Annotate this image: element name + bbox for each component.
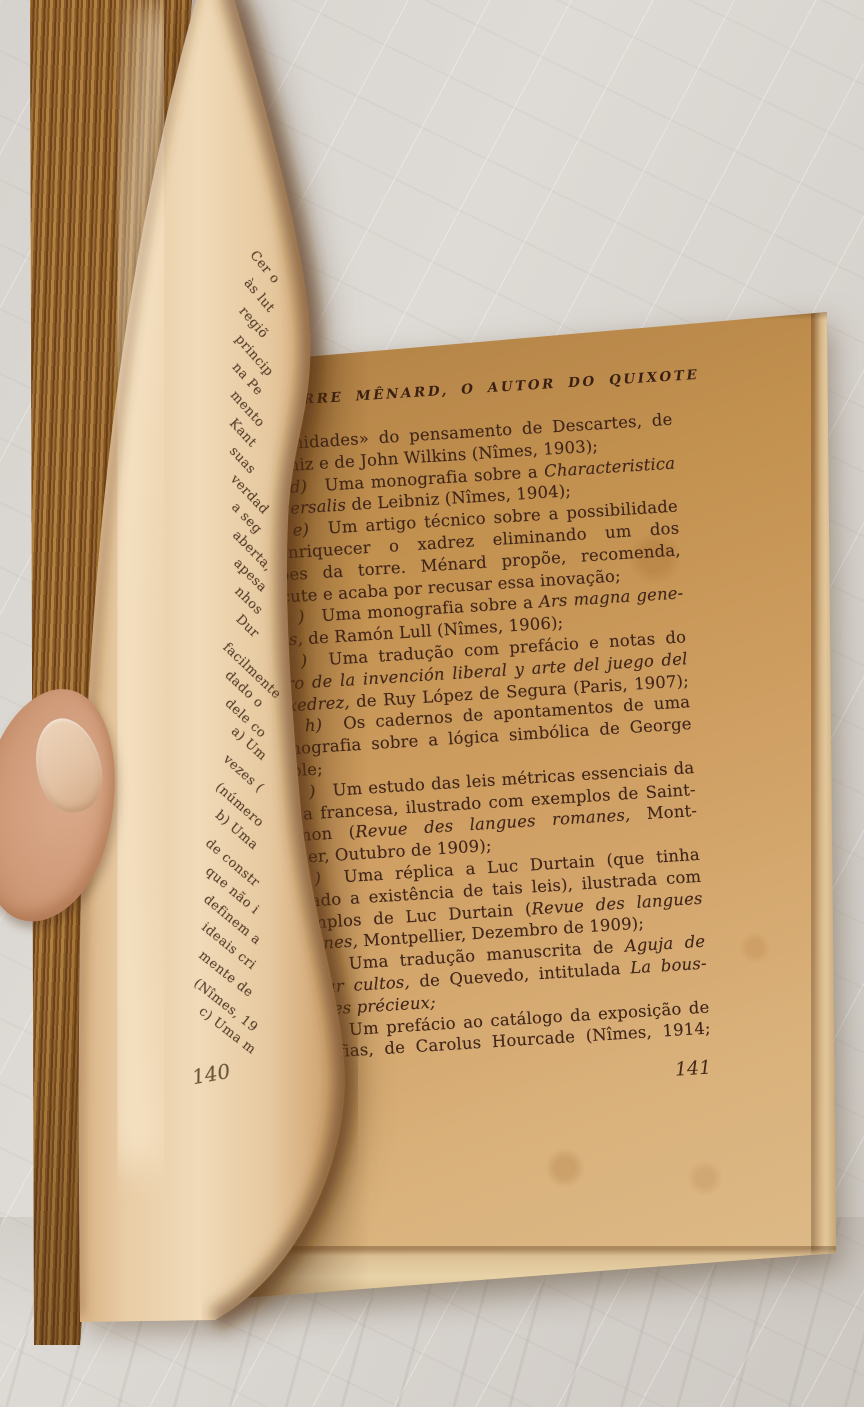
thumb-nail [26,712,110,819]
text-segment: Mont- [630,801,698,824]
page-stack-right-edge [811,308,836,1298]
turning-page: Cer oàs lutregiõprincipna PementoKantsua… [40,0,370,1355]
right-page-number: 141 [311,1057,714,1104]
photo-scene: PIERRE MÊNARD, O AUTOR DO QUIXOTE afinid… [0,0,864,1407]
text-segment: Aguja de [624,932,706,956]
turning-page-surface [40,0,370,1355]
text-segment: La bous- [630,954,708,978]
